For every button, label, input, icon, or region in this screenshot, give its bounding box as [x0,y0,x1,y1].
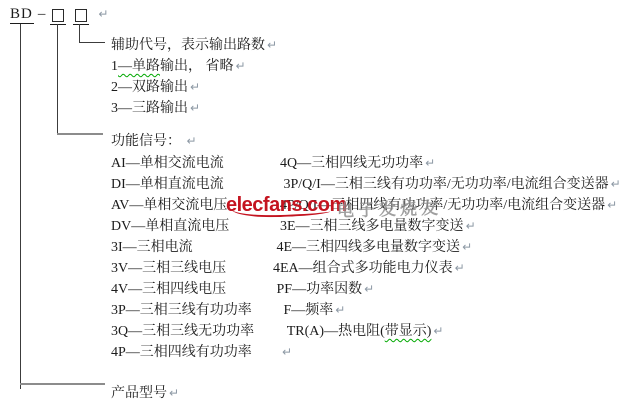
spellcheck-squiggle-text: 带显示) [385,324,432,339]
pilcrow-mark-icon: ↵ [185,134,197,148]
document-page: BD–↵ 辅助代号，表示输出路数↵1—单路输出， 省略↵2—双路输出↵3—三路输… [0,0,640,419]
placeholder-box-icon [52,9,64,22]
function-row: 3I—三相电流 4E—三相四线多电量数字变送↵ [111,240,472,255]
code-label: 3P—三相三线有功功率 [111,303,273,318]
function-row: 4P—三相四线有功功率 ↵ [111,345,292,360]
model-code-line: BD–↵ [10,6,108,25]
text-segment: 3—三路输出 [111,101,188,116]
pilcrow-mark-icon: ↵ [362,282,374,296]
connector-horizontal-product-model [20,383,105,385]
pilcrow-mark-icon: ↵ [333,303,345,317]
text-segment: 输出， 省略 [160,59,234,74]
text-segment: 4Q—三相四线无功功率 [273,156,423,171]
text-row: 3—三路输出↵ [111,101,200,116]
text-row: 2—双路输出↵ [111,80,200,95]
pilcrow-mark-icon: ↵ [453,261,465,275]
pilcrow-mark-icon: ↵ [167,386,179,400]
code-label: 3V—三相三线电压 [111,261,273,276]
code-box-2 [73,7,89,25]
connector-vertical-product-model [20,24,21,389]
placeholder-box-icon [75,9,87,22]
code-label: DV—单相直流电压 [111,219,273,234]
pilcrow-mark-icon: ↵ [265,38,277,52]
text-segment [273,345,280,360]
watermark-slogan: 电子发烧友 [337,199,442,221]
pilcrow-mark-icon: ↵ [464,219,476,233]
function-row: 3V—三相三线电压4EA—组合式多功能电力仪表↵ [111,261,465,276]
code-label: 4P—三相四线有功功率 [111,345,273,360]
code-label: 4V—三相四线电压 [111,282,273,297]
code-label: AI—单相交流电流 [111,156,273,171]
function-row: AI—单相交流电流 4Q—三相四线无功功率↵ [111,156,435,171]
text-segment: 辅助代号，表示输出路数 [111,38,265,53]
pilcrow-mark-icon: ↵ [431,324,443,338]
connector-horizontal-function-signal [57,133,103,135]
spellcheck-squiggle-text: —单路 [118,59,160,74]
text-row: 1—单路输出， 省略↵ [111,59,246,74]
model-code-text: BD [10,6,34,24]
text-segment: TR(A)—热电阻( [273,324,385,339]
pilcrow-mark-icon: ↵ [609,177,621,191]
pilcrow-mark-icon: ↵ [188,101,200,115]
model-code-dash: – [38,6,46,23]
text-segment: 产品型号 [111,386,167,401]
pilcrow-mark-icon: ↵ [460,240,472,254]
text-segment: 功能信号： [111,134,185,149]
function-row: 4V—三相四线电压 PF—功率因数↵ [111,282,374,297]
text-segment: F—频率 [273,303,333,318]
function-row: DV—单相直流电压 3E—三相三线多电量数字变送↵ [111,219,476,234]
text-segment: 4E—三相四线多电量数字变送 [273,240,460,255]
code-label: 3Q—三相三线无功功率 [111,324,273,339]
function-row: 3P—三相三线有功功率 F—频率↵ [111,303,345,318]
pilcrow-mark-icon: ↵ [605,198,617,212]
text-row: 功能信号： ↵ [111,134,197,149]
connector-vertical-aux-code [79,24,80,43]
pilcrow-mark-icon: ↵ [423,156,435,170]
code-label: DI—单相直流电流 [111,177,273,192]
text-row: 辅助代号，表示输出路数↵ [111,38,277,53]
text-segment: 3E—三相三线多电量数字变送 [273,219,464,234]
text-segment: 3P/Q/I—三相三线有功功率/无功功率/电流组合变送器 [273,177,609,192]
code-box-1 [50,7,66,25]
text-segment: 1 [111,59,118,74]
connector-horizontal-aux-code [79,42,105,43]
pilcrow-mark-icon: ↵ [280,345,292,359]
connector-vertical-function-signal [57,24,58,134]
function-row: DI—单相直流电流 3P/Q/I—三相三线有功功率/无功功率/电流组合变送器↵ [111,177,621,192]
text-segment: 4EA—组合式多功能电力仪表 [273,261,453,276]
text-row: 产品型号↵ [111,386,179,401]
text-segment: 2—双路输出 [111,80,188,95]
text-segment: PF—功率因数 [273,282,362,297]
code-label: 3I—三相电流 [111,240,273,255]
function-row: 3Q—三相三线无功功率 TR(A)—热电阻(带显示)↵ [111,324,443,339]
pilcrow-mark-icon: ↵ [188,80,200,94]
pilcrow-mark-icon: ↵ [234,59,246,73]
pilcrow-mark-icon: ↵ [96,7,108,21]
